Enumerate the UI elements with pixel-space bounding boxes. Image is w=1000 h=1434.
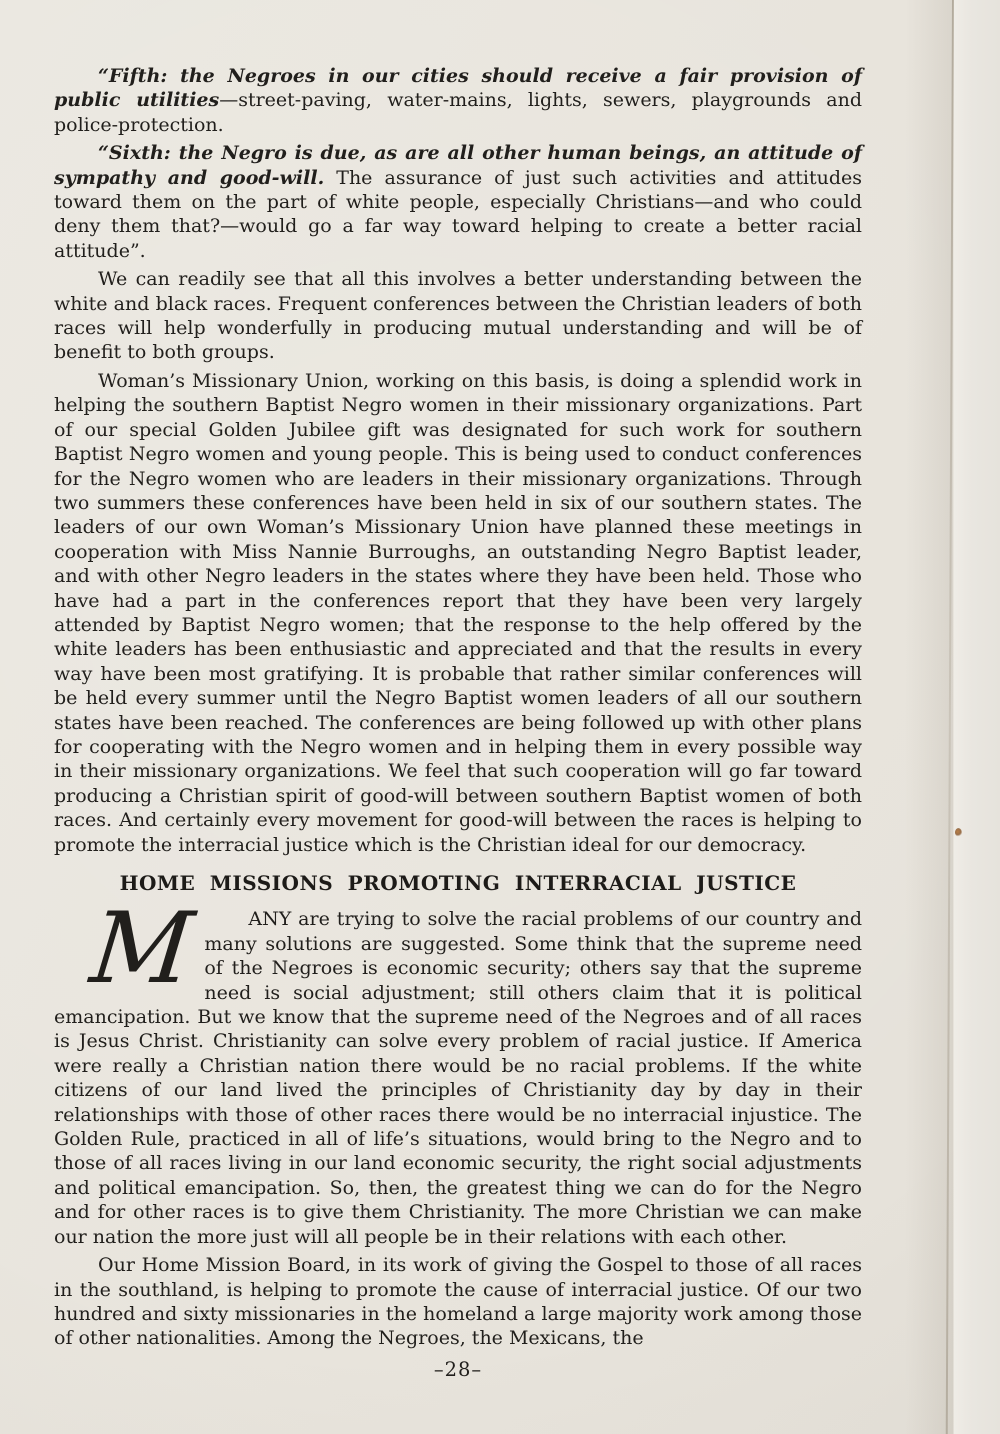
paragraph-home-mission-board: Our Home Mission Board, in its work of g… (54, 1253, 862, 1351)
paragraph-fifth: “Fifth: the Negroes in our cities should… (54, 64, 862, 137)
scanned-page: { "page": { "heading": "HOME MISSIONS PR… (0, 0, 1000, 1434)
paragraph-many: MANY are trying to solve the racial prob… (54, 907, 862, 1249)
paragraph-understanding: We can readily see that all this involve… (54, 267, 862, 365)
page-edge-strip (954, 0, 1000, 1434)
paper-flaw (955, 828, 962, 837)
page-number: –28– (54, 1358, 862, 1382)
text-column: “Fifth: the Negroes in our cities should… (54, 64, 862, 1382)
drop-cap-m: M (44, 907, 209, 985)
paragraph-sixth: “Sixth: the Negro is due, as are all oth… (54, 141, 862, 263)
paragraph-wmu: Woman’s Missionary Union, working on thi… (54, 369, 862, 857)
